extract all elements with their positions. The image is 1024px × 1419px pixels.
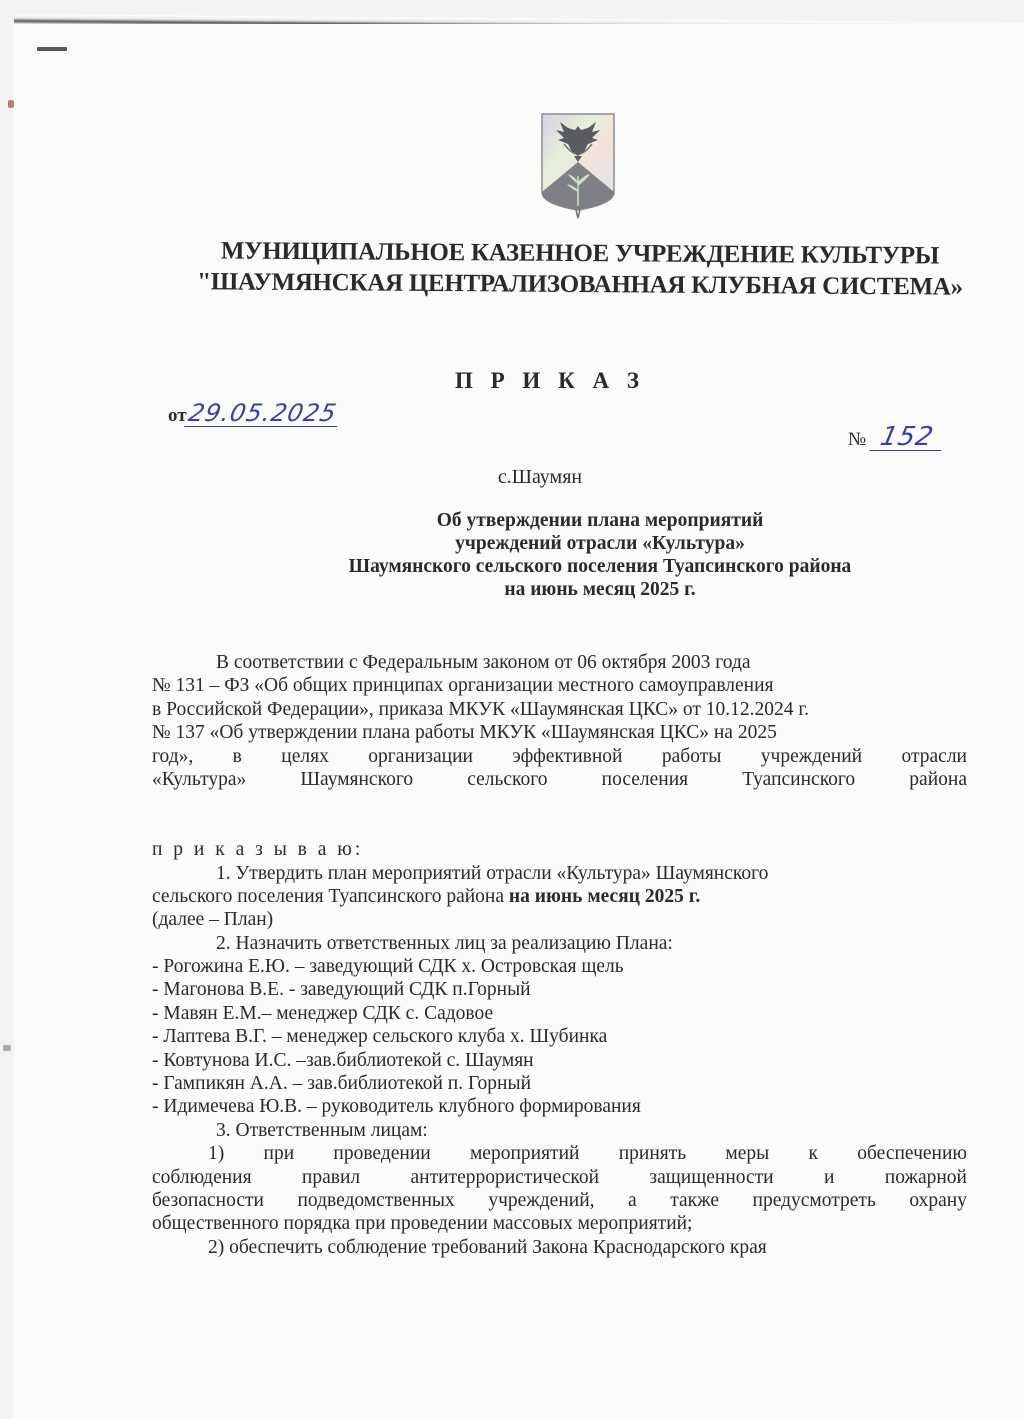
preamble-line: № 137 «Об утверждении плана работы МКУК … bbox=[152, 721, 972, 744]
coat-of-arms-icon bbox=[540, 112, 616, 220]
responsible-person: - Магонова В.Е. - заведующий СДК п.Горны… bbox=[152, 978, 972, 1001]
responsible-person: - Ковтунова И.С. –зав.библиотекой с. Шау… bbox=[152, 1049, 972, 1072]
item-3-sub-1-line: общественного порядка при проведении мас… bbox=[152, 1212, 972, 1235]
responsible-person: - Идимечева Ю.В. – руководитель клубного… bbox=[152, 1095, 972, 1118]
subject-line: учреждений отрасли «Культура» bbox=[250, 532, 950, 555]
responsible-person: - Лаптева В.Г. – менеджер сельского клуб… bbox=[152, 1025, 972, 1048]
subject-line: Об утверждении плана мероприятий bbox=[250, 509, 950, 532]
item-1-line: сельского поселения Туапсинского района … bbox=[152, 885, 972, 908]
number-prefix: № bbox=[848, 429, 866, 451]
order-subject: Об утверждении плана мероприятий учрежде… bbox=[250, 509, 950, 601]
item-1-line: 1. Утвердить план мероприятий отрасли «К… bbox=[152, 862, 972, 885]
order-date: от 29.05.2025 bbox=[168, 400, 340, 427]
subject-line: Шаумянского сельского поселения Туапсинс… bbox=[250, 555, 950, 578]
preamble-line: В соответствии с Федеральным законом от … bbox=[152, 651, 972, 674]
organization-line-2: "ШАУМЯНСКАЯ ЦЕНТРАЛИЗОВАННАЯ КЛУБНАЯ СИС… bbox=[150, 266, 1010, 303]
item-3-heading: 3. Ответственным лицам: bbox=[152, 1119, 972, 1142]
scan-speck bbox=[3, 1045, 11, 1051]
responsible-person: - Мавян Е.М.– менеджер СДК с. Садовое bbox=[152, 1002, 972, 1025]
place-of-issue: с.Шаумян bbox=[440, 466, 640, 489]
item-1-period: на июнь месяц 2025 г. bbox=[509, 886, 700, 907]
order-word: п р и к а з ы в а ю: bbox=[152, 838, 972, 861]
preamble-line: в Российской Федерации», приказа МКУК «Ш… bbox=[152, 698, 972, 721]
item-3-sub-1-line: безопасности подведомственных учреждений… bbox=[152, 1189, 967, 1212]
corner-mark bbox=[37, 47, 67, 51]
item-3-sub-1-line: соблюдения правил антитеррористической з… bbox=[152, 1166, 967, 1189]
handwritten-date: 29.05.2025 bbox=[184, 400, 343, 427]
item-2-heading: 2. Назначить ответственных лиц за реализ… bbox=[152, 932, 972, 955]
item-1-text: сельского поселения Туапсинского района bbox=[152, 886, 509, 907]
preamble-line: «Культура» Шаумянского сельского поселен… bbox=[152, 768, 967, 791]
order-number: № 152 bbox=[848, 424, 944, 451]
item-3-sub-2-line: 2) обеспечить соблюдение требований Зако… bbox=[152, 1236, 972, 1259]
document-type-title: П Р И К А З bbox=[440, 368, 660, 394]
item-1-line: (далее – План) bbox=[152, 908, 972, 931]
handwritten-number: 152 bbox=[869, 424, 947, 451]
preamble-line bbox=[152, 791, 972, 814]
responsible-person: - Гампикян А.А. – зав.библиотекой п. Гор… bbox=[152, 1072, 972, 1095]
scan-speck bbox=[8, 100, 14, 108]
order-body: В соответствии с Федеральным законом от … bbox=[152, 651, 972, 1259]
preamble-line: № 131 – ФЗ «Об общих принципах организац… bbox=[152, 674, 972, 697]
preamble-line: год», в целях организации эффективной ра… bbox=[152, 745, 967, 768]
preamble-line bbox=[152, 815, 972, 838]
subject-line: на июнь месяц 2025 г. bbox=[250, 578, 950, 601]
item-3-sub-1-line: 1) при проведении мероприятий принять ме… bbox=[152, 1142, 967, 1165]
responsible-person: - Рогожина Е.Ю. – заведующий СДК х. Остр… bbox=[152, 955, 972, 978]
